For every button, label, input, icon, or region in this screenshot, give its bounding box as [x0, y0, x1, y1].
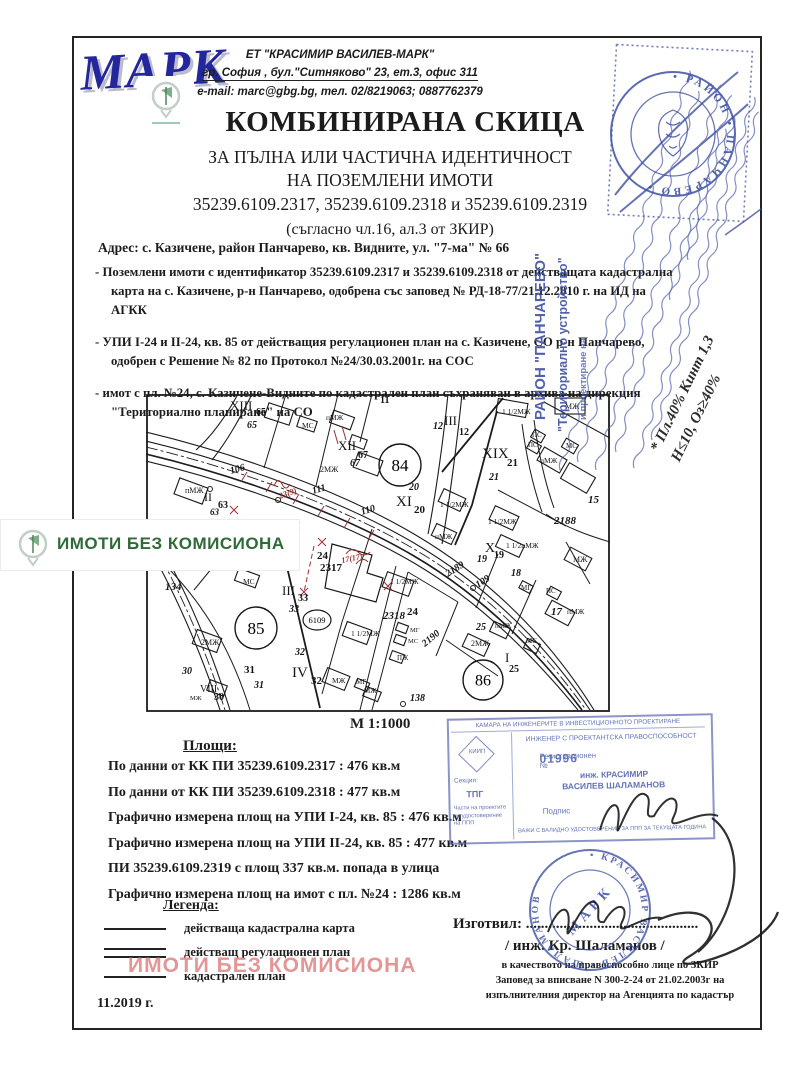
svg-text:138: 138: [410, 693, 425, 704]
svg-text:17(17): 17(17): [341, 552, 364, 565]
svg-text:IV: IV: [292, 665, 308, 681]
svg-text:1 1/2МЖ: 1 1/2МЖ: [440, 500, 469, 509]
kiip-stamp: КАМАРА НА ИНЖЕНЕРИТЕ В ИНВЕСТИЦИОННОТО П…: [447, 713, 716, 845]
svg-text:МС: МС: [302, 421, 314, 430]
svg-text:67: 67: [350, 458, 361, 469]
svg-text:2188: 2188: [553, 515, 577, 527]
svg-text:МГ: МГ: [410, 627, 420, 634]
svg-text:18: 18: [511, 568, 521, 579]
svg-text:84: 84: [392, 456, 410, 475]
svg-text:МГ: МГ: [521, 584, 531, 592]
area-line-4: Графично измерена площ на УПИ II-24, кв.…: [108, 837, 467, 851]
svg-text:1 1/2пМЖ: 1 1/2пМЖ: [506, 541, 539, 550]
kiip-top-line: КАМАРА НА ИНЖЕНЕРИТЕ В ИНВЕСТИЦИОННОТО П…: [451, 717, 705, 732]
svg-text:XI: XI: [396, 494, 412, 510]
svg-text:1 1/2МЖ: 1 1/2МЖ: [351, 629, 380, 638]
svg-text:30: 30: [214, 692, 224, 703]
kiip-reg-number: 01996: [539, 751, 578, 766]
company-contacts: e-mail: marc@gbg.bg, тел. 02/8219063; 08…: [195, 83, 485, 101]
svg-text:24: 24: [317, 550, 329, 562]
svg-text:110: 110: [360, 503, 377, 518]
svg-text:31: 31: [253, 680, 264, 691]
svg-text:12: 12: [433, 421, 443, 432]
district-vertical-text-1: РАЙОН "ПАНЧАРЕВО": [532, 253, 549, 420]
svg-text:65: 65: [247, 420, 257, 431]
svg-text:пМЖ: пМЖ: [326, 413, 344, 422]
svg-text:пМЖ: пМЖ: [495, 622, 512, 630]
svg-text:63: 63: [218, 500, 228, 511]
company-address: гр. София , бул."Ситняково" 23, ет.3, оф…: [202, 67, 478, 81]
green-watermark-text: ИМОТИ БЕЗ КОМИСИОНА: [57, 534, 285, 554]
red-watermark-text: ИМОТИ БЕЗ КОМИСИОНА: [128, 954, 416, 978]
svg-text:2МЖ: 2МЖ: [201, 638, 220, 647]
address-line: Адрес: с. Казичене, район Панчарево, кв.…: [98, 240, 509, 256]
areas-list: По данни от КК ПИ 35239.6109.2317 : 476 …: [108, 760, 467, 913]
svg-text:МС: МС: [526, 637, 537, 645]
prepared-note-3: изпълнителния директор на Агенцията по к…: [448, 988, 772, 1003]
svg-text:2МЖ: 2МЖ: [320, 465, 339, 474]
svg-text:11: 11: [380, 395, 389, 406]
svg-text:МЖ: МЖ: [364, 687, 377, 695]
svg-text:19: 19: [494, 550, 504, 561]
svg-text:21: 21: [507, 457, 518, 469]
svg-text:21: 21: [488, 472, 499, 483]
svg-text:85: 85: [248, 619, 265, 638]
svg-text:6109: 6109: [309, 615, 326, 625]
legend-heading: Легенда:: [163, 898, 219, 914]
svg-text:ПЖ: ПЖ: [397, 654, 409, 662]
company-name: ЕТ "КРАСИМИР ВАСИЛЕВ-МАРК": [195, 46, 485, 64]
svg-text:86: 86: [475, 673, 491, 690]
svg-text:МГ: МГ: [356, 678, 366, 686]
svg-text:МЖ: МЖ: [332, 676, 346, 685]
personal-stamp-center-text: МАРК: [564, 882, 617, 938]
svg-text:24: 24: [407, 606, 419, 618]
area-line-2: По данни от КК ПИ 35239.6109.2318 : 477 …: [108, 786, 467, 800]
district-vertical-text-2: "Териториално устройство": [556, 258, 570, 433]
map-scale: М 1:1000: [350, 716, 410, 733]
svg-text:32: 32: [311, 675, 323, 687]
svg-text:XIX: XIX: [482, 446, 509, 462]
svg-text:XII: XII: [338, 438, 356, 453]
svg-text:МС: МС: [408, 638, 418, 645]
area-line-5: ПИ 35239.6109.2319 с площ 337 кв.м. попа…: [108, 862, 467, 876]
svg-text:XIII: XIII: [230, 398, 252, 413]
kiip-bottom-line: ВАЖИ С ВАЛИДНО УДОСТОВЕРЕНИЕ ЗА ППП ЗА Т…: [515, 824, 709, 834]
svg-text:МС: МС: [243, 577, 255, 586]
svg-text:МЖ: МЖ: [190, 695, 202, 702]
svg-text:II: II: [204, 490, 212, 504]
personal-round-stamp: • КРАСИМИР ВАСИЛЕВ • ШАЛАМАНОВ МАРК: [515, 838, 685, 988]
svg-text:25: 25: [475, 622, 486, 633]
svg-text:32: 32: [294, 647, 305, 658]
district-vertical-text-3: и проектиране на: [578, 338, 589, 420]
kiip-signature-label: Подпис: [543, 806, 571, 816]
kiip-section-value: ТПГ: [466, 789, 483, 799]
svg-text:пМЖ: пМЖ: [435, 532, 453, 541]
svg-text:12: 12: [459, 427, 469, 438]
round-stamp-ring-text: • РАЙОН • ПАНЧАРЕВО •: [644, 71, 737, 197]
svg-text:63: 63: [210, 507, 220, 517]
kiip-engineer-line2: ВАСИЛЕВ ШАЛАМАНОВ: [562, 779, 665, 791]
kiip-engineer-line1: инж. КРАСИМИР: [580, 769, 648, 780]
area-line-6: Графично измерена площ на имот с пл. №24…: [108, 888, 467, 902]
areas-heading: Площи:: [183, 738, 237, 755]
svg-text:17: 17: [551, 606, 563, 618]
kiip-left-column: КИИП Секция: ТПГ Части на проектите по у…: [449, 732, 514, 840]
area-line-1: По данни от КК ПИ 35239.6109.2317 : 476 …: [108, 760, 467, 774]
date-line: 11.2019 г.: [97, 996, 154, 1012]
svg-text:1 1/2МЖ: 1 1/2МЖ: [390, 577, 419, 586]
svg-text:1 1/2МЖ: 1 1/2МЖ: [488, 517, 517, 526]
legend-row-1: действаща кадастрална карта: [104, 921, 355, 936]
svg-text:I: I: [505, 650, 509, 665]
svg-text:111: 111: [311, 482, 327, 496]
svg-text:30: 30: [181, 666, 192, 677]
svg-text:III: III: [282, 583, 295, 598]
legend-label: действаща кадастрална карта: [184, 921, 355, 936]
svg-text:ПС: ПС: [546, 587, 556, 595]
round-stamp-inner: [631, 92, 715, 176]
svg-text:25: 25: [509, 664, 519, 675]
svg-text:2МЖ: 2МЖ: [471, 639, 490, 648]
svg-text:65: 65: [256, 407, 266, 418]
kiip-second-line: ИНЖЕНЕР С ПРОЕКТАНТСКА ПРАВОСПОСОБНОСТ: [515, 732, 707, 743]
green-watermark-pin-icon: [11, 524, 61, 574]
kiip-section-label: Секция:: [454, 777, 478, 784]
kiip-left-note: Части на проектите по удостоверение на П…: [454, 805, 510, 829]
svg-text:2317: 2317: [320, 562, 343, 574]
green-watermark-banner: ИМОТИ БЕЗ КОМИСИОНА: [0, 519, 300, 571]
svg-text:пМЖ: пМЖ: [185, 486, 204, 495]
kiip-logo: КИИП: [458, 736, 495, 773]
svg-text:23(9): 23(9): [276, 485, 298, 501]
svg-text:33: 33: [288, 604, 299, 615]
svg-text:2190: 2190: [419, 628, 442, 650]
svg-text:33: 33: [298, 593, 308, 604]
svg-text:134: 134: [165, 581, 182, 593]
area-line-3: Графично измерена площ на УПИ I-24, кв. …: [108, 811, 467, 825]
svg-text:III: III: [444, 413, 457, 428]
svg-text:МЖ: МЖ: [573, 555, 588, 564]
svg-text:20: 20: [414, 504, 426, 516]
company-info: ЕТ "КРАСИМИР ВАСИЛЕВ-МАРК" гр. София , б…: [195, 46, 485, 101]
legend-sample-single: [104, 928, 166, 930]
svg-text:19: 19: [477, 554, 487, 565]
svg-text:2318: 2318: [382, 610, 406, 622]
svg-text:пМЖ: пМЖ: [567, 607, 585, 616]
svg-text:31: 31: [244, 664, 255, 676]
